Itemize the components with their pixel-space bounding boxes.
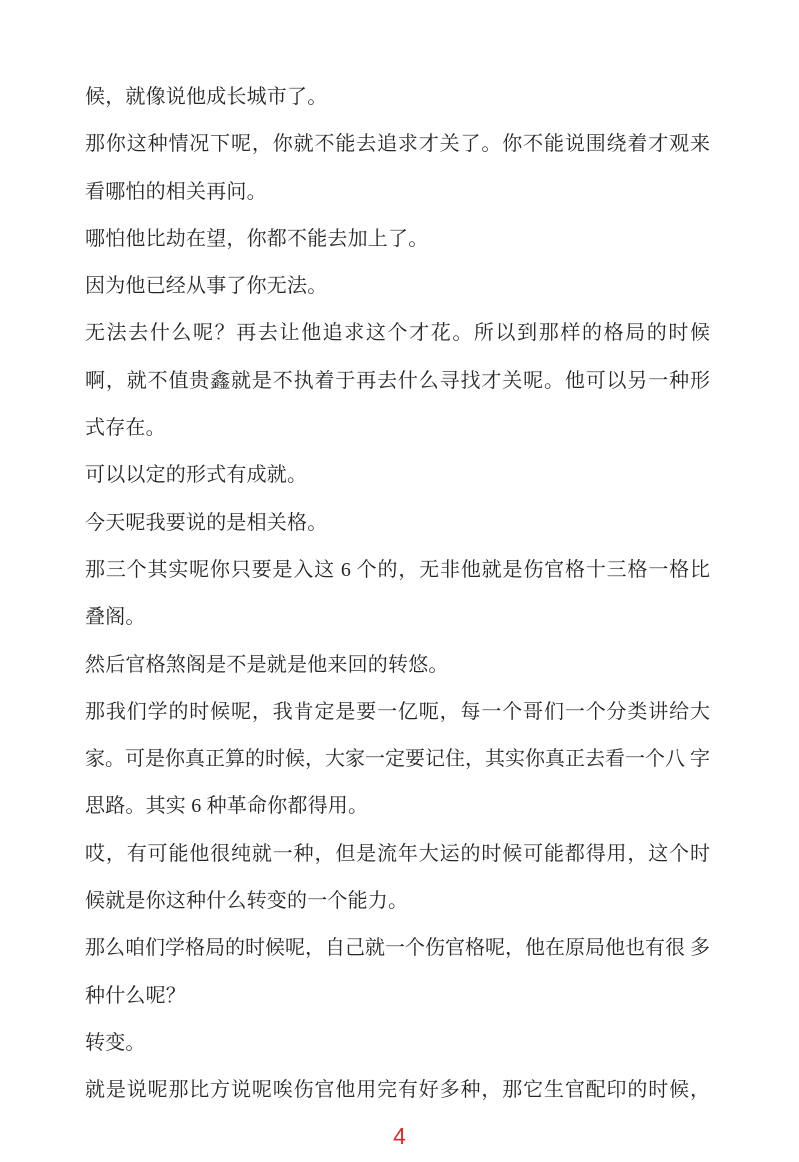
text-line: 因为他已经从事了你无法。: [85, 263, 710, 310]
text-content: 候，就像说他成长城市了。 那你这种情况下呢，你就不能去追求才关了。你不能说围绕着…: [85, 74, 710, 1115]
text-line: 那三个其实呢你只要是入这 6 个的，无非他就是伤官格十三格一格比: [85, 547, 710, 594]
text-line: 哪怕他比劫在望，你都不能去加上了。: [85, 216, 710, 263]
page-number: 4: [393, 1123, 406, 1149]
text-line: 哎，有可能他很纯就一种，但是流年大运的时候可能都得用，这个时: [85, 831, 710, 878]
text-line: 那么咱们学格局的时候呢，自己就一个伤官格呢，他在原局他也有很 多: [85, 925, 710, 972]
text-line: 今天呢我要说的是相关格。: [85, 500, 710, 547]
text-line: 家。可是你真正算的时候，大家一定要记住，其实你真正去看一个八 字: [85, 736, 710, 783]
text-line: 候，就像说他成长城市了。: [85, 74, 710, 121]
text-line: 可以以定的形式有成就。: [85, 452, 710, 499]
text-line: 转变。: [85, 1020, 710, 1067]
text-line: 就是说呢那比方说呢唉伤官他用完有好多种，那它生官配印的时候，: [85, 1067, 710, 1114]
text-line: 无法去什么呢？再去让他追求这个才花。所以到那样的格局的时候: [85, 310, 710, 357]
document-page: 候，就像说他成长城市了。 那你这种情况下呢，你就不能去追求才关了。你不能说围绕着…: [0, 0, 799, 1162]
text-line: 那我们学的时候呢，我肯定是要一亿呃，每一个哥们一个分类讲给大: [85, 689, 710, 736]
text-line: 思路。其实 6 种革命你都得用。: [85, 783, 710, 830]
text-line: 看哪怕的相关再问。: [85, 169, 710, 216]
text-line: 啊，就不值贵鑫就是不执着于再去什么寻找才关呢。他可以另一种形: [85, 358, 710, 405]
text-line: 式存在。: [85, 405, 710, 452]
text-line: 叠阁。: [85, 594, 710, 641]
text-line: 然后官格煞阁是不是就是他来回的转悠。: [85, 642, 710, 689]
text-line: 候就是你这种什么转变的一个能力。: [85, 878, 710, 925]
text-line: 种什么呢？: [85, 973, 710, 1020]
page-footer: 4: [0, 1122, 799, 1150]
text-line: 那你这种情况下呢，你就不能去追求才关了。你不能说围绕着才观来: [85, 121, 710, 168]
